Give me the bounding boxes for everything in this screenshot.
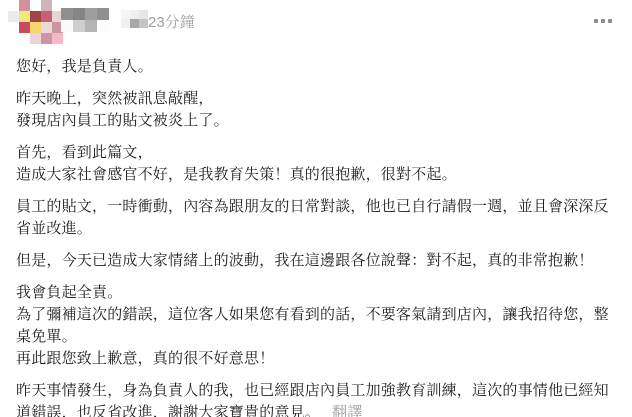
post-text-line: 員工的貼文，一時衝動，內容為跟朋友的日常對談，他也已自行請假一週，並且會深深反省… (16, 198, 609, 237)
mosaic-pixel (19, 11, 30, 22)
mosaic-pixel (97, 20, 109, 32)
mosaic-pixel (19, 0, 30, 11)
mosaic-pixel (73, 20, 85, 32)
mosaic-pixel (19, 22, 30, 33)
post-text-line: 造成大家社會感官不好，是我教育失策！真的很抱歉，很對不起。 (16, 166, 457, 183)
post-text-line: 您好，我是負責人。 (16, 58, 153, 75)
post-paragraph: 您好，我是負責人。 (16, 56, 616, 78)
post-paragraph: 首先，看到此篇文，造成大家社會感官不好，是我教育失策！真的很抱歉，很對不起。 (16, 142, 616, 186)
mosaic-pixel (61, 20, 73, 32)
mosaic-pixel (41, 11, 52, 22)
mosaic-pixel (139, 10, 148, 19)
mosaic-pixel (30, 22, 41, 33)
mosaic-pixel (139, 19, 148, 28)
mosaic-pixel (41, 22, 52, 33)
post-text-line: 發現店內員工的貼文被炎上了。 (16, 112, 229, 129)
mosaic-pixel (85, 8, 97, 20)
mosaic-pixel (41, 0, 52, 11)
mosaic-pixel (8, 22, 19, 33)
post-text-line: 昨天事情發生，身為負責人的我，也已經跟店內員工加強教育訓練，這次的事情他已經知道… (16, 382, 609, 417)
post-paragraph: 員工的貼文，一時衝動，內容為跟朋友的日常對談，他也已自行請假一週，並且會深深反省… (16, 196, 616, 240)
mosaic-pixel (30, 33, 41, 44)
author-name-redacted[interactable] (61, 8, 109, 32)
mosaic-pixel (61, 8, 73, 20)
mosaic-pixel (8, 33, 19, 44)
post-paragraph: 但是，今天已造成大家情緒上的波動，我在這邊跟各位說聲：對不起，真的非常抱歉！ (16, 250, 616, 272)
mosaic-pixel (8, 11, 19, 22)
mosaic-pixel (121, 10, 130, 19)
post-text-line: 首先，看到此篇文， (16, 144, 153, 161)
post-text-line: 我會負起全責。 (16, 284, 122, 301)
post-paragraph: 我會負起全責。為了彌補這次的錯誤，這位客人如果您有看到的話，不要客氣請到店內，讓… (16, 282, 616, 370)
post-text-line: 再此跟您致上歉意，真的很不好意思！ (16, 350, 274, 367)
mosaic-pixel (85, 20, 97, 32)
mosaic-pixel (30, 0, 41, 11)
post-header: 23分鐘 (0, 0, 632, 46)
post-paragraph: 昨天事情發生，身為負責人的我，也已經跟店內員工加強教育訓練，這次的事情他已經知道… (16, 380, 616, 417)
post-body: 您好，我是負責人。昨天晚上，突然被訊息敲醒，發現店內員工的貼文被炎上了。首先，看… (0, 56, 632, 417)
author-name-suffix-redacted[interactable] (121, 10, 148, 28)
post-text-line: 為了彌補這次的錯誤，這位客人如果您有看到的話，不要客氣請到店內，讓我招待您，整桌… (16, 306, 609, 345)
mosaic-pixel (73, 8, 85, 20)
post-timestamp[interactable]: 23分鐘 (148, 11, 195, 32)
mosaic-pixel (97, 8, 109, 20)
mosaic-pixel (130, 19, 139, 28)
ellipsis-icon (594, 19, 612, 23)
social-post-card: 23分鐘 您好，我是負責人。昨天晚上，突然被訊息敲醒，發現店內員工的貼文被炎上了… (0, 0, 632, 417)
translate-link[interactable]: 翻譯 (332, 404, 362, 417)
mosaic-pixel (41, 33, 52, 44)
post-text-line: 昨天晚上，突然被訊息敲醒， (16, 90, 214, 107)
mosaic-pixel (121, 19, 130, 28)
mosaic-pixel (19, 33, 30, 44)
avatar[interactable] (8, 0, 63, 44)
mosaic-pixel (52, 33, 63, 44)
mosaic-pixel (30, 11, 41, 22)
post-paragraph: 昨天晚上，突然被訊息敲醒，發現店內員工的貼文被炎上了。 (16, 88, 616, 132)
mosaic-pixel (8, 0, 19, 11)
post-text-line: 但是，今天已造成大家情緒上的波動，我在這邊跟各位說聲：對不起，真的非常抱歉！ (16, 252, 594, 269)
more-options-button[interactable] (591, 12, 615, 30)
mosaic-pixel (130, 10, 139, 19)
